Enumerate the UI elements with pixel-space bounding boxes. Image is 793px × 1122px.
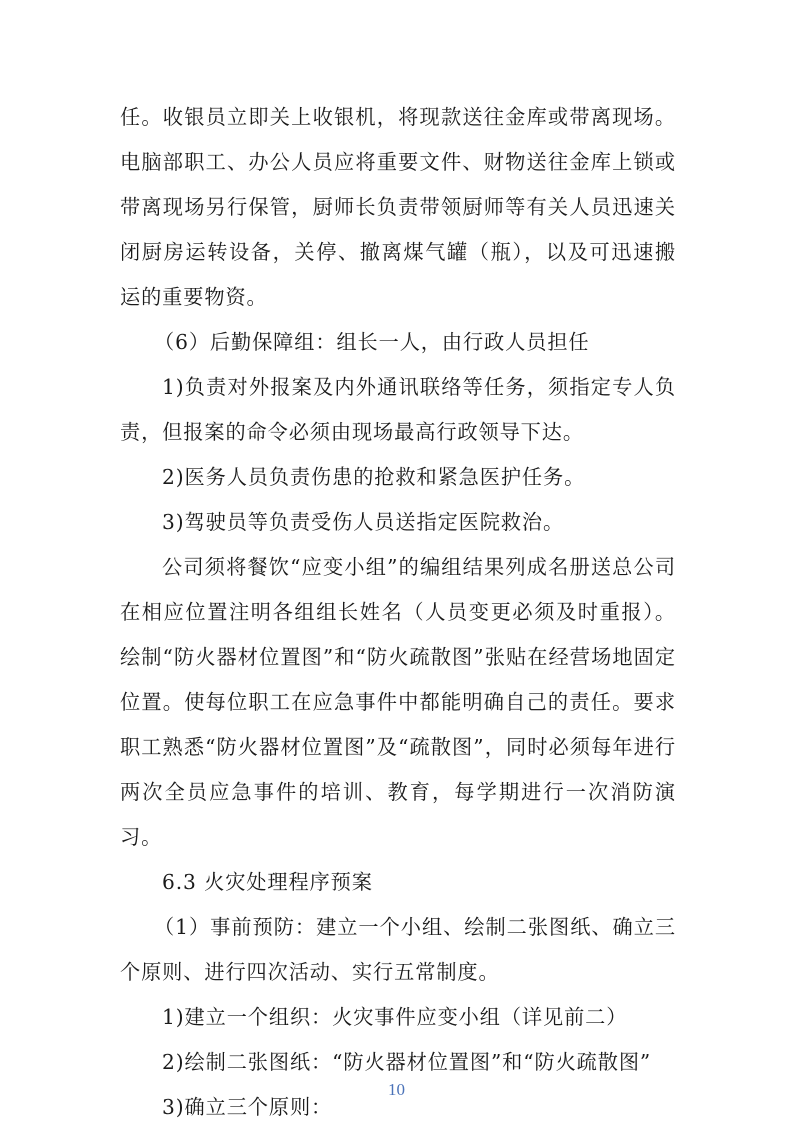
paragraph-cashier-kitchen-duties: 任。收银员立即关上收银机，将现款送往金库或带离现场。电脑部职工、办公人员应将重要… — [120, 95, 676, 320]
page-number: 10 — [0, 1080, 793, 1100]
list-item-external-reporting: 1)负责对外报案及内外通讯联络等任务，须指定专人负责，但报案的命令必须由现场最高… — [120, 365, 676, 455]
section-heading-fire-procedure: 6.3 火灾处理程序预案 — [120, 860, 676, 905]
paragraph-response-team-roster: 公司须将餐饮“应变小组”的编组结果列成名册送总公司在相应位置注明各组组长姓名（人… — [120, 545, 676, 860]
list-item-establish-organization: 1)建立一个组织：火灾事件应变小组（详见前二） — [120, 995, 676, 1040]
list-item-medical-staff: 2)医务人员负责伤患的抢救和紧急医护任务。 — [120, 455, 676, 500]
list-item-draw-diagrams: 2)绘制二张图纸：“防火器材位置图”和“防火疏散图” — [120, 1040, 676, 1085]
heading-logistics-group: （6）后勤保障组：组长一人，由行政人员担任 — [120, 320, 676, 365]
list-item-drivers: 3)驾驶员等负责受伤人员送指定医院救治。 — [120, 500, 676, 545]
heading-prevention: （1）事前预防：建立一个小组、绘制二张图纸、确立三个原则、进行四次活动、实行五常… — [120, 905, 676, 995]
document-body: 任。收银员立即关上收银机，将现款送往金库或带离现场。电脑部职工、办公人员应将重要… — [120, 95, 676, 1122]
